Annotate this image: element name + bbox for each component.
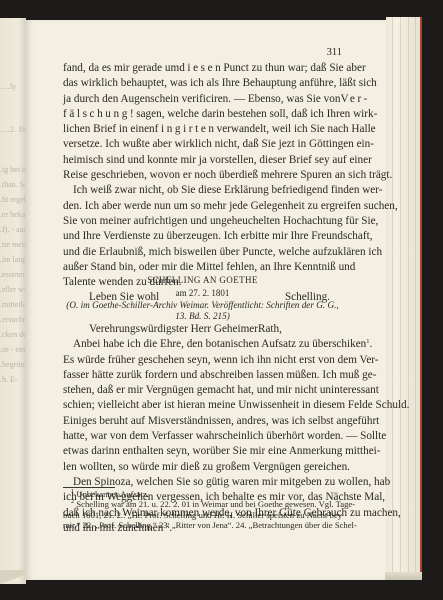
salutation: Verehrungswürdigster Herr GeheimerRath, bbox=[63, 322, 342, 337]
ghost-text: …cken durch bbox=[0, 328, 26, 343]
continued-letter: fand, da es mir gerade um diesen Punct z… bbox=[63, 61, 342, 306]
text-line: das wirklich behauptet, was ich als Ihre… bbox=[63, 76, 342, 91]
text-line: versetze. Ich wußte aber wirklich nicht,… bbox=[63, 137, 342, 152]
text-line: außer Stand bin, oder mir die Mittel feh… bbox=[63, 260, 342, 275]
footnote-2-line: buch 1801, 21. 2.: „Hr. Prof. Schelling … bbox=[63, 510, 342, 520]
page-number: 311 bbox=[318, 47, 342, 58]
text-line: Reise geschrieben, wovon er noch überdie… bbox=[63, 168, 342, 183]
ghost-text: …eller wie bbox=[0, 283, 26, 298]
text-line: ja durch den Augenschein verificiren. — … bbox=[63, 92, 342, 107]
text-line: und Ihre Verdienste zu überzeugen. Ich e… bbox=[63, 229, 342, 244]
text-line: Einiges beruht auf Misverständnissen, an… bbox=[63, 414, 342, 429]
letter-heading: SCHELLING AN GOETHE bbox=[63, 274, 342, 286]
text-line: Es würde früher geschehen seyn, wenn ich… bbox=[63, 353, 342, 368]
ghost-text: …er bekann bbox=[0, 208, 26, 223]
ghost-text: …im langen bbox=[0, 253, 26, 268]
footnote-1: 1 Unbekanner Aufsatz. bbox=[63, 489, 342, 499]
letter-date: am 27. 2. 1801 bbox=[63, 287, 342, 300]
footnotes: 1 Unbekanner Aufsatz. 2 Schelling war am… bbox=[63, 489, 342, 531]
text-line: Ich weiß zwar nicht, ob Sie diese Erklär… bbox=[63, 183, 342, 198]
text-line: fasser hätte zurük fordern und abschreib… bbox=[63, 368, 342, 383]
text-line: und die Erlaubniß, mich bisweilen über P… bbox=[63, 245, 342, 260]
ghost-text: ……ly bbox=[0, 80, 16, 95]
ghost-text: ……2. 1801. bbox=[0, 123, 26, 138]
red-page-edge bbox=[420, 17, 422, 579]
ghost-text: …f). - aus bbox=[0, 223, 26, 238]
text-line: fand, da es mir gerade um diesen Punct z… bbox=[63, 61, 342, 76]
ghost-text: …h. E- bbox=[0, 373, 18, 388]
ghost-text: …begründe bbox=[0, 358, 26, 373]
ghost-text: …essirten, bbox=[0, 268, 26, 283]
text-line: den. Ich aber werde nun um so mehr jede … bbox=[63, 199, 342, 214]
text-line: stehen, daß er mir Vergnügen gemacht hat… bbox=[63, 383, 342, 398]
text-line: heimisch sind und konnte mir ja vorstell… bbox=[63, 153, 342, 168]
page-stack-bottom bbox=[385, 572, 422, 580]
ghost-text: …ersuchende, bbox=[0, 313, 26, 328]
ghost-text: …than. Se bbox=[0, 178, 26, 193]
ghost-text: …ig bei de bbox=[0, 163, 26, 178]
footnote-2-line: mir.“ 22. „Prof. Schelling.“ 23. „Ritter… bbox=[63, 520, 342, 530]
text-line: len wollten, so würde mir dieß zu großem… bbox=[63, 460, 342, 475]
text-line: etwas darinn enthalten seyn, worüber Sie… bbox=[63, 444, 342, 459]
letter-source: 13. Bd. S. 215) bbox=[63, 311, 342, 322]
previous-page-edge: ……ly ……2. 1801. …ig bei de …than. Se …ht… bbox=[0, 18, 26, 584]
previous-page-corner bbox=[0, 570, 26, 600]
text-line: hatte, war von dem Verfasser wahrscheinl… bbox=[63, 429, 342, 444]
text-line: schien; vielleicht aber ist hieran meine… bbox=[63, 398, 342, 413]
text-line: Anbei habe ich die Ehre, den botanischen… bbox=[63, 337, 342, 352]
ghost-text: …or - eine bbox=[0, 343, 26, 358]
ghost-text: …mitteilen. bbox=[0, 298, 26, 313]
page-stack-edge bbox=[386, 17, 420, 579]
letter-header: SCHELLING AN GOETHE am 27. 2. 1801 (O. i… bbox=[63, 274, 342, 322]
footnote-2: 2 Schelling war am 21. u. 22. 2. 01 in W… bbox=[63, 499, 342, 509]
text-line: Sie von meiner aufrichtigen und ungeheuc… bbox=[63, 214, 342, 229]
letter-source: (O. im Goethe-Schiller-Archiv Weimar. Ve… bbox=[63, 300, 342, 311]
text-line: fälschung! sagen, welche darin bestehen … bbox=[63, 107, 342, 122]
ghost-text: …ht ergeben bbox=[0, 193, 26, 208]
text-line: lichen Brief in einen fingirten verwande… bbox=[63, 122, 342, 137]
ghost-text: …tte meine bbox=[0, 238, 26, 253]
